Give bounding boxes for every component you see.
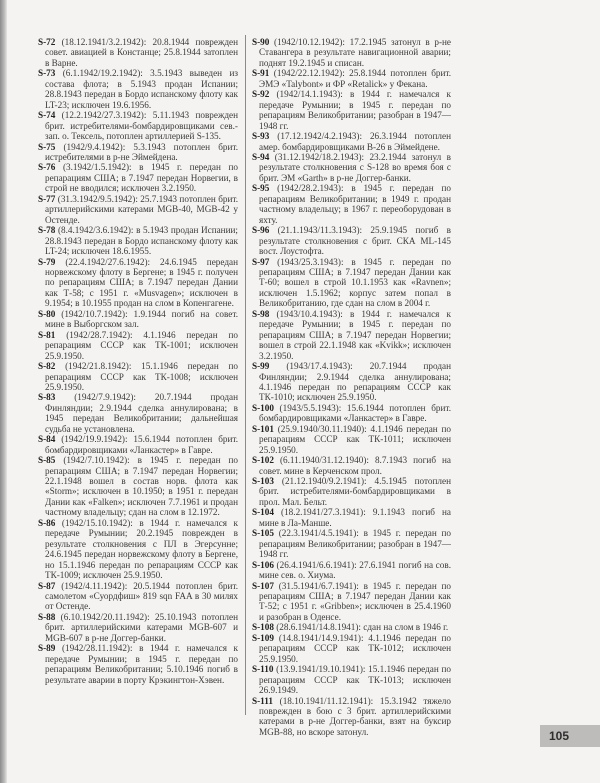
entry-text: (1942/14.1.1943): в 1944 г. намечался к …: [259, 89, 451, 130]
entry-text: (21.12.1940/9.2.1941): 4.5.1945 потоплен…: [259, 476, 451, 507]
entry: S-79 (22.4.1942/27.6.1942): 24.6.1945 пе…: [38, 257, 238, 309]
entry-text: (14.8.1941/14.9.1941): 4.1.1946 передан …: [259, 633, 451, 664]
entry: S-81 (1942/28.7.1942): 4.1.1946 передан …: [38, 330, 238, 361]
entry-id: S-93: [252, 131, 269, 141]
entry-text: (6.1.1942/19.2.1942): 3.5.1943 выведен и…: [45, 68, 238, 109]
entry-id: S-87: [38, 581, 55, 591]
entry-id: S-96: [252, 225, 269, 235]
entry-text: (1943/17.4.1943): 20.7.1944 продан Финля…: [259, 361, 451, 402]
entry-id: S-94: [252, 152, 269, 162]
entry-id: S-92: [252, 89, 269, 99]
entry-text: (12.2.1942/27.3.1942): 5.11.1943 поврежд…: [45, 110, 238, 141]
entry: S-85 (1942/7.10.1942): в 1945 г. передан…: [38, 455, 238, 518]
entry: S-109 (14.8.1941/14.9.1941): 4.1.1946 пе…: [252, 633, 451, 664]
entry-id: S-103: [252, 476, 274, 486]
entry-id: S-81: [38, 330, 55, 340]
entry-id: S-79: [38, 257, 55, 267]
entry-text: (1942/22.12.1942): 25.8.1944 потоплен бр…: [259, 68, 451, 88]
entry-text: (21.1.1943/11.3.1943): 25.9.1945 погиб в…: [259, 225, 451, 256]
entry-text: (1942/7.10.1942): в 1945 г. передан по р…: [45, 455, 238, 517]
entry-text: (1942/15.10.1942): в 1944 г. намечался к…: [45, 518, 238, 580]
entry: S-110 (13.9.1941/19.10.1941): 15.1.1946 …: [252, 664, 451, 695]
entry: S-107 (31.5.1941/6.7.1941): в 1945 г. пе…: [252, 581, 451, 623]
entry-id: S-73: [38, 68, 55, 78]
entry-text: (31.12.1942/18.2.1943): 23.2.1944 затону…: [259, 152, 451, 183]
entry-id: S-104: [252, 507, 274, 517]
entry-text: (3.1942/1.5.1942): в 1945 г. передан по …: [45, 162, 238, 193]
entry-text: (31.3.1942/9.5.1942): 25.7.1943 потоплен…: [45, 194, 238, 225]
entry-id: S-100: [252, 403, 274, 413]
entry-text: (1942/19.9.1942): 15.6.1944 потоплен бри…: [45, 434, 238, 454]
book-spine-edge: [0, 0, 7, 783]
entry-text: (6.10.1942/20.11.1942): 25.10.1943 потоп…: [45, 612, 238, 643]
entry-id: S-88: [38, 612, 55, 622]
entry-text: (22.3.1941/4.5.1941): в 1945 г. передан …: [259, 528, 451, 559]
entry: S-111 (18.10.1941/11.12.1941): 15.3.1942…: [252, 696, 451, 738]
entry-id: S-72: [38, 37, 55, 47]
entry-id: S-106: [252, 560, 274, 570]
entry: S-84 (1942/19.9.1942): 15.6.1944 потопле…: [38, 434, 238, 455]
entry: S-96 (21.1.1943/11.3.1943): 25.9.1945 по…: [252, 225, 451, 256]
entry-id: S-75: [38, 142, 55, 152]
entry: S-80 (1942/10.7.1942): 1.9.1944 погиб на…: [38, 309, 238, 330]
entry-text: (1942/7.9.1942): 20.7.1944 продан Финлян…: [45, 392, 238, 433]
entry-id: S-97: [252, 257, 269, 267]
entry-text: (6.11.1940/31.12.1940): 8.7.1943 погиб н…: [259, 455, 451, 475]
entry: S-95 (1942/28.2.1943): в 1945 г. передан…: [252, 183, 451, 225]
entry-text: (1942/28.2.1943): в 1945 г. передан по р…: [259, 183, 451, 224]
entry: S-108 (28.6.1941/14.8.1941): сдан на сло…: [252, 622, 451, 632]
entry: S-83 (1942/7.9.1942): 20.7.1944 продан Ф…: [38, 392, 238, 434]
entry: S-98 (1943/10.4.1943): в 1944 г. намечал…: [252, 309, 451, 361]
entry-text: (1942/28.11.1942): в 1944 г. намечался к…: [45, 643, 238, 684]
entry-text: (18.2.1941/27.3.1941): 9.1.1943 погиб на…: [259, 507, 451, 527]
entry: S-100 (1943/5.5.1943): 15.6.1944 потопле…: [252, 403, 451, 424]
entry: S-90 (1942/10.12.1942): 17.2.1945 затону…: [252, 37, 451, 68]
entry-id: S-85: [38, 455, 55, 465]
entry-id: S-102: [252, 455, 274, 465]
entry: S-94 (31.12.1942/18.2.1943): 23.2.1944 з…: [252, 152, 451, 183]
entry-text: (1942/4.11.1942): 20.5.1944 потоплен бри…: [45, 581, 238, 612]
entry-text: (1943/25.3.1943): в 1945 г. передан по р…: [259, 257, 451, 309]
entry-text: (22.4.1942/27.6.1942): 24.6.1945 передан…: [45, 257, 238, 309]
entry: S-97 (1943/25.3.1943): в 1945 г. передан…: [252, 257, 451, 309]
entry: S-72 (18.12.1941/3.2.1942): 20.8.1944 по…: [38, 37, 238, 68]
entry: S-92 (1942/14.1.1943): в 1944 г. намечал…: [252, 89, 451, 131]
entry: S-91 (1942/22.12.1942): 25.8.1944 потопл…: [252, 68, 451, 89]
entry-id: S-78: [38, 225, 55, 235]
entry: S-89 (1942/28.11.1942): в 1944 г. намеча…: [38, 643, 238, 685]
entry-text: (1943/10.4.1943): в 1944 г. намечался к …: [259, 309, 451, 361]
entry: S-76 (3.1942/1.5.1942): в 1945 г. переда…: [38, 162, 238, 193]
entry: S-87 (1942/4.11.1942): 20.5.1944 потопле…: [38, 581, 238, 612]
entry: S-102 (6.11.1940/31.12.1940): 8.7.1943 п…: [252, 455, 451, 476]
entry-text: (18.10.1941/11.12.1941): 15.3.1942 тяжел…: [259, 696, 451, 737]
entry-text: (1942/28.7.1942): 4.1.1946 передан по ре…: [45, 330, 238, 361]
entry-id: S-82: [38, 361, 55, 371]
right-column: S-90 (1942/10.12.1942): 17.2.1945 затону…: [252, 37, 451, 737]
entry-id: S-86: [38, 518, 55, 528]
entry-id: S-76: [38, 162, 55, 172]
entry: S-99 (1943/17.4.1943): 20.7.1944 продан …: [252, 361, 451, 403]
entry: S-105 (22.3.1941/4.5.1941): в 1945 г. пе…: [252, 528, 451, 559]
entry-text: (28.6.1941/14.8.1941): сдан на слом в 19…: [274, 622, 448, 632]
entry-text: (1943/5.5.1943): 15.6.1944 потоплен брит…: [259, 403, 451, 423]
entry-text: (13.9.1941/19.10.1941): 15.1.1946 переда…: [259, 664, 451, 695]
page-number: 105: [540, 725, 600, 747]
entry-text: (8.4.1942/3.6.1942): в 5.1943 продан Исп…: [45, 225, 238, 256]
entry-id: S-90: [252, 37, 269, 47]
entry: S-104 (18.2.1941/27.3.1941): 9.1.1943 по…: [252, 507, 451, 528]
entry-text: (1942/9.4.1942): 5.3.1943 потоплен брит.…: [45, 142, 238, 162]
column-divider: [245, 35, 246, 715]
entry-text: (26.4.1941/6.6.1941): 27.6.1941 погиб на…: [259, 560, 451, 580]
entry: S-103 (21.12.1940/9.2.1941): 4.5.1945 по…: [252, 476, 451, 507]
entry-text: (1942/10.7.1942): 1.9.1944 погиб на сове…: [45, 309, 238, 329]
entry: S-106 (26.4.1941/6.6.1941): 27.6.1941 по…: [252, 560, 451, 581]
entry-text: (1942/10.12.1942): 17.2.1945 затонул в р…: [259, 37, 451, 68]
entry-id: S-101: [252, 424, 274, 434]
entry-id: S-109: [252, 633, 274, 643]
entry: S-101 (25.9.1940/30.11.1940): 4.1.1946 п…: [252, 424, 451, 455]
entry: S-73 (6.1.1942/19.2.1942): 3.5.1943 выве…: [38, 68, 238, 110]
entry-id: S-80: [38, 309, 55, 319]
entry-id: S-108: [252, 622, 274, 632]
entry-id: S-105: [252, 528, 274, 538]
entry: S-75 (1942/9.4.1942): 5.3.1943 потоплен …: [38, 142, 238, 163]
entry-text: (18.12.1941/3.2.1942): 20.8.1944 поврежд…: [45, 37, 238, 68]
entry-id: S-110: [252, 664, 273, 674]
entry-id: S-95: [252, 183, 269, 193]
entry: S-74 (12.2.1942/27.3.1942): 5.11.1943 по…: [38, 110, 238, 141]
entry-id: S-111: [252, 696, 273, 706]
entry-id: S-77: [38, 194, 55, 204]
left-column: S-72 (18.12.1941/3.2.1942): 20.8.1944 по…: [38, 37, 238, 685]
entry-text: (25.9.1940/30.11.1940): 4.1.1946 передан…: [259, 424, 451, 455]
entry: S-86 (1942/15.10.1942): в 1944 г. намеча…: [38, 518, 238, 581]
entry-text: (17.12.1942/4.2.1943): 26.3.1944 потопле…: [259, 131, 451, 151]
entry-id: S-99: [252, 361, 269, 371]
entry-id: S-91: [252, 68, 269, 78]
entry: S-93 (17.12.1942/4.2.1943): 26.3.1944 по…: [252, 131, 451, 152]
entry: S-88 (6.10.1942/20.11.1942): 25.10.1943 …: [38, 612, 238, 643]
entry-id: S-107: [252, 581, 274, 591]
entry: S-78 (8.4.1942/3.6.1942): в 5.1943 прода…: [38, 225, 238, 256]
entry: S-82 (1942/21.8.1942): 15.1.1946 передан…: [38, 361, 238, 392]
entry-id: S-89: [38, 643, 55, 653]
entry-id: S-98: [252, 309, 269, 319]
entry-id: S-83: [38, 392, 55, 402]
entry-id: S-84: [38, 434, 55, 444]
entry-id: S-74: [38, 110, 55, 120]
entry: S-77 (31.3.1942/9.5.1942): 25.7.1943 пот…: [38, 194, 238, 225]
entry-text: (31.5.1941/6.7.1941): в 1945 г. передан …: [259, 581, 451, 622]
entry-text: (1942/21.8.1942): 15.1.1946 передан по р…: [45, 361, 238, 392]
